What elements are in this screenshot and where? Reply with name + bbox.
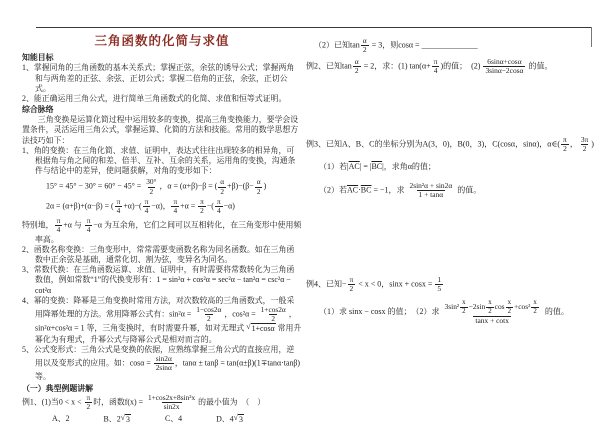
formula-angle-identities-1: 15° = 45° − 30° = 60° − 45° = 30°2，α = (… (46, 178, 302, 195)
example-3-part-1: （1）若|AC| = |BC|，求角α的值； (319, 162, 436, 172)
top-rule (36, 27, 592, 28)
left-column: 三角函数的化简与求值 知能目标 1、掌握同角的三角函数的基本关系式；掌握正弦，余… (22, 33, 302, 422)
knowledge-goals-heading: 知能目标 (22, 53, 302, 63)
method-3-constant-substitution: 3、常数代换：在三角函数运算、求值、证明中，有时需要将常数转化为三角函数值，例如… (22, 265, 302, 296)
example-1-part-2: （2）已知tanα2 = 3，则cosα = ______________ (314, 37, 478, 55)
example-1-choices: A、2 B、2√3 C、4 D、4√3 (22, 414, 302, 422)
choice-d: D、4√3 (216, 414, 244, 422)
choice-c: C、4 (165, 414, 182, 422)
formula-angle-identities-2: 2α = (α+β)+(α−β) = (π4+α)−(π4−α)，π4+α = … (46, 198, 302, 215)
goal-item-1: 1、掌握同角的三角函数的基本关系式；掌握正弦，余弦的诱导公式；掌握两角和与两角差… (22, 63, 302, 94)
example-1-question: 例1、(1)当0 < x < π2时，函数f(x) = 1+cos2x+8sin… (22, 394, 302, 411)
method-1-angle-transform: 1、角的变换：在三角化简、求值、证明中，表达式往往出现较多的相异角，可根据角与角… (22, 146, 302, 177)
example-3: 例3、已知A、B、C的坐标分别为A(3，0)，B(0，3)，C(cosα，sin… (306, 136, 594, 154)
page-title: 三角函数的化简与求值 (22, 33, 302, 49)
synthesis-heading: 综合脉络 (22, 105, 302, 115)
example-4: 例4、已知−π2 < x < 0，sinx + cosx = 15 (306, 276, 444, 294)
example-4-parts: （1）求 sinx − cosx 的值； （2）求 3sin²x2−2sinx2… (319, 299, 569, 325)
right-column: （2）已知tanα2 = 3，则cosα = ______________ 例2… (306, 33, 596, 422)
example-3-part-2: （2）若AC·BC = −1，求 2sin²α + sin2α1 + tanα … (319, 182, 481, 200)
document-page: 三角函数的化简与求值 知能目标 1、掌握同角的三角函数的基本关系式；掌握正弦，余… (0, 0, 600, 422)
note-complementary-angles: 特别地，π4+α 与 π4−α 为互余角，它们之间可以互相转化，在三角变形中使用… (22, 217, 302, 245)
example-2: 例2、已知tanα2 = 2，求：(1) tan(α+π4)的值； (2) 6s… (306, 58, 552, 76)
choice-b: B、2√3 (104, 414, 131, 422)
method-5-formula-variants: 5、公式变形式：三角公式是变换的依据，应熟练掌握三角公式的直接应用，逆用以及变形… (22, 345, 302, 383)
choice-a: A、2 (52, 414, 70, 422)
synthesis-paragraph: 三角变换是运算化简过程中运用较多的变换，提高三角变换能力，要学会设置条件，灵活运… (22, 115, 302, 146)
method-2-function-name-transform: 2、函数名称变换：三角变形中，常常需要变函数名称为同名函数。如在三角函数中正余弦… (22, 245, 302, 265)
method-4-power-transform: 4、幂的变换：降幂是三角变换时常用方法，对次数较高的三角函数式，一般采用降幂处理… (22, 296, 302, 345)
goal-item-2: 2、能正确运用三角公式，进行简单三角函数式的化简、求值和恒等式证明。 (22, 94, 302, 104)
